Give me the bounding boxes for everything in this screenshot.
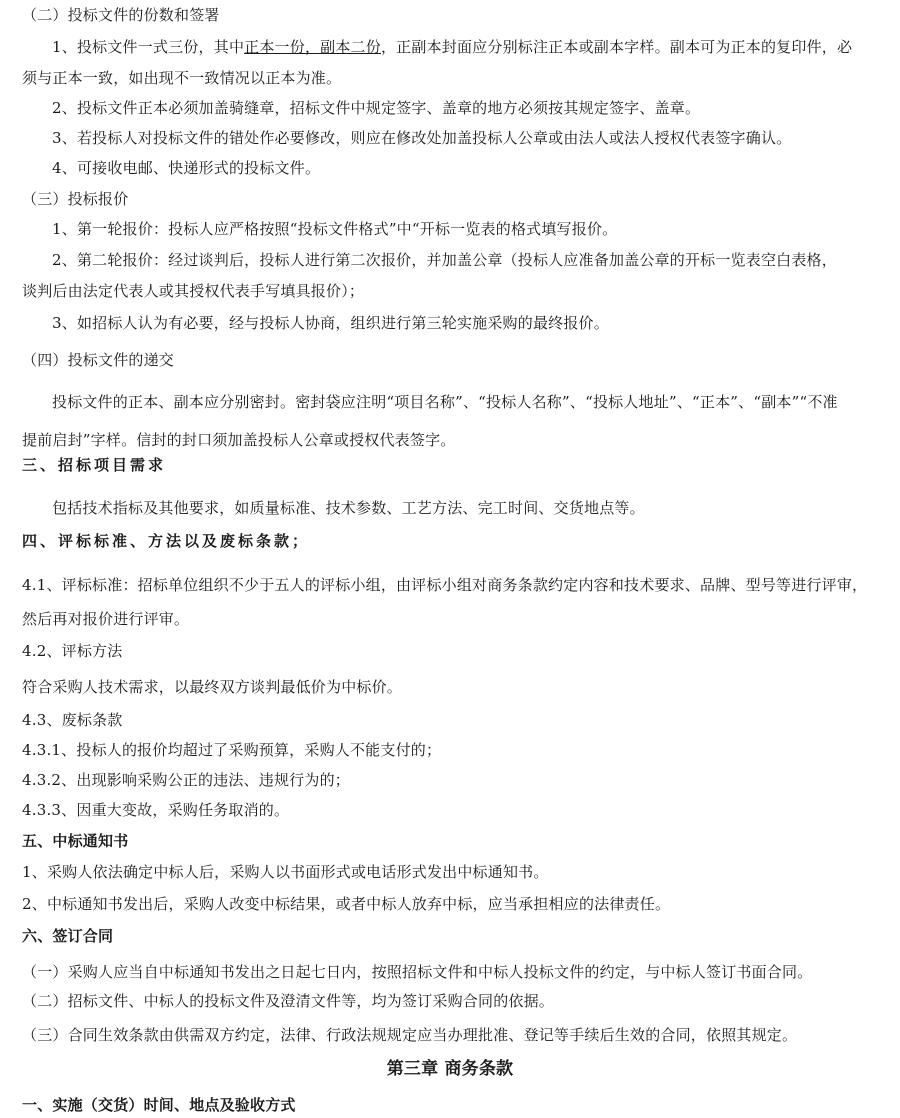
paragraph-price-2-cont: 谈判后由法定代表人或其授权代表手写填具报价）； [22, 281, 364, 301]
paragraph-copies-2: 2、投标文件正本必须加盖骑缝章，招标文件中规定签字、盖章的地方必须按其规定签字、… [52, 98, 700, 118]
paragraph-contract-2: （二）招标文件、中标人的投标文件及澄清文件等，均为签订采购合同的依据。 [22, 991, 554, 1011]
paragraph-copies-4: 4、可接收电邮、快递形式的投标文件。 [52, 158, 320, 178]
heading-award-notice: 五、中标通知书 [22, 831, 128, 851]
heading-delivery: 一、实施（交货）时间、地点及验收方式 [22, 1095, 296, 1115]
paragraph-copies-3: 3、若投标人对投标文件的错处作必要修改，则应在修改处加盖投标人公章或由法人或法人… [52, 128, 791, 148]
paragraph-copies-1-cont: 须与正本一致，如出现不一致情况以正本为准。 [22, 68, 341, 88]
paragraph-4-1: 4.1、评标标准：招标单位组织不少于五人的评标小组，由评标小组对商务条款约定内容… [22, 575, 867, 595]
paragraph-4-2-body: 符合采购人技术需求，以最终双方谈判最低价为中标价。 [22, 677, 402, 697]
heading-project-requirements: 三、招标项目需求 [22, 455, 166, 475]
paragraph-4-3-2: 4.3.2、出现影响采购公正的违法、违规行为的； [22, 770, 350, 790]
paragraph-copies-1: 1、投标文件一式三份，其中正本一份，副本二份，正副本封面应分别标注正本或副本字样… [52, 37, 852, 57]
paragraph-submission: 投标文件的正本、副本应分别密封。密封袋应注明“项目名称”、“投标人名称”、“投标… [52, 392, 838, 412]
paragraph-4-3-1: 4.3.1、投标人的报价均超过了采购预算，采购人不能支付的； [22, 740, 441, 760]
underlined-text: 正本一份，副本二份 [244, 38, 381, 56]
heading-sign-contract: 六、签订合同 [22, 926, 113, 946]
paragraph-4-2: 4.2、评标方法 [22, 641, 122, 661]
paragraph-price-1: 1、第一轮报价：投标人应严格按照“投标文件格式”中“开标一览表的格式填写报价。 [52, 219, 617, 239]
paragraph-4-3-3: 4.3.3、因重大变故，采购任务取消的。 [22, 800, 289, 820]
paragraph-contract-3: （三）合同生效条款由供需双方约定，法律、行政法规规定应当办理批准、登记等手续后生… [22, 1025, 797, 1045]
chapter-title: 第三章 商务条款 [0, 1059, 900, 1079]
paragraph-price-2: 2、第二轮报价：经过谈判后，投标人进行第二次报价，并加盖公章（投标人应准备加盖公… [52, 250, 837, 270]
text: ，正副本封面应分别标注正本或副本字样。副本可为正本的复印件，必 [381, 38, 852, 56]
text: 1、投标文件一式三份，其中 [52, 38, 244, 56]
section-heading-submission: （四）投标文件的递交 [22, 350, 174, 370]
paragraph-requirements: 包括技术指标及其他要求，如质量标准、技术参数、工艺方法、完工时间、交货地点等。 [52, 498, 645, 518]
section-heading-bid-copies: （二）投标文件的份数和签署 [22, 5, 220, 25]
paragraph-contract-1: （一）采购人应当自中标通知书发出之日起七日内，按照招标文件和中标人投标文件的约定… [22, 962, 812, 982]
heading-evaluation: 四、评标标准、方法以及废标条款； [22, 531, 310, 551]
section-heading-bid-price: （三）投标报价 [22, 189, 128, 209]
paragraph-price-3: 3、如招标人认为有必要，经与投标人协商，组织进行第三轮实施采购的最终报价。 [52, 313, 609, 333]
paragraph-4-3: 4.3、废标条款 [22, 710, 122, 730]
paragraph-submission-cont: 提前启封”字样。信封的封口须加盖投标人公章或授权代表签字。 [22, 430, 455, 450]
paragraph-award-1: 1、采购人依法确定中标人后，采购人以书面形式或电话形式发出中标通知书。 [22, 862, 549, 882]
paragraph-4-1-cont: 然后再对报价进行评审。 [22, 609, 189, 629]
paragraph-award-2: 2、中标通知书发出后，采购人改变中标结果，或者中标人放弃中标，应当承担相应的法律… [22, 894, 670, 914]
